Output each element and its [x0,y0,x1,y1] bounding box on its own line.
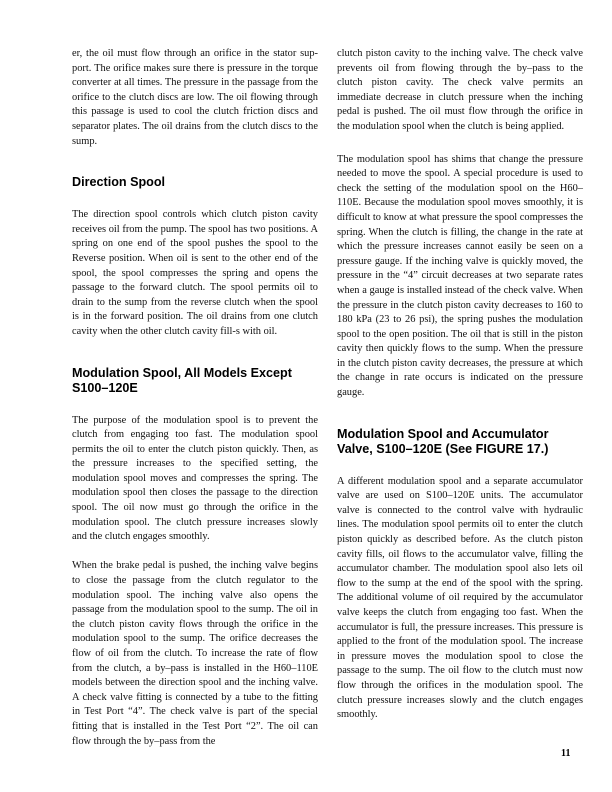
paragraph-check-valve-continuation: clutch piston cavity to the inching valv… [337,47,583,135]
left-column: er, the oil must flow through an orifice… [72,47,318,749]
heading-line-2: S100–120E [72,381,138,395]
heading-line-2: Valve, S100–120E (See FIGURE 17.) [337,442,548,456]
heading-direction-spool: Direction Spool [72,175,318,190]
paragraph-modulation-shims: The modulation spool has shims that chan… [337,153,583,401]
right-column: clutch piston cavity to the inching valv… [337,47,583,723]
paragraph-accumulator-valve: A different modulation spool and a separ… [337,475,583,723]
page-number: 11 [561,748,570,759]
paragraph-direction-spool: The direction spool controls which clutc… [72,208,318,339]
heading-line-1: Modulation Spool, All Models Except [72,366,292,380]
paragraph-torque-converter-continuation: er, the oil must flow through an orifice… [72,47,318,149]
heading-modulation-spool-all-models: Modulation Spool, All Models Except S100… [72,366,318,396]
document-page: er, the oil must flow through an orifice… [0,0,612,792]
paragraph-modulation-purpose: The purpose of the modulation spool is t… [72,414,318,545]
heading-modulation-accumulator: Modulation Spool and Accumulator Valve, … [337,427,583,457]
heading-line-1: Modulation Spool and Accumulator [337,427,549,441]
paragraph-inching-valve: When the brake pedal is pushed, the inch… [72,559,318,749]
